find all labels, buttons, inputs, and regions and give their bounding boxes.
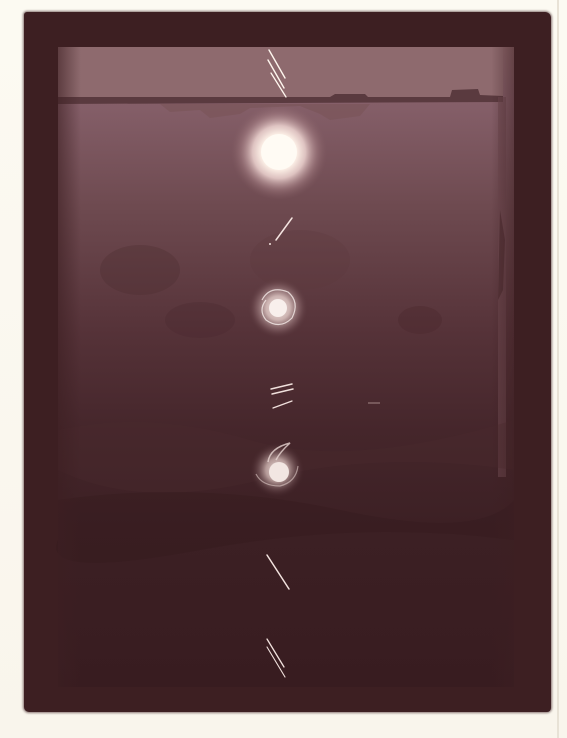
swirling-light-orb-lower: [249, 442, 305, 498]
bright-moon-glow: [231, 104, 327, 200]
swirling-light-orb-upper: [248, 278, 308, 338]
photograph: [0, 0, 567, 738]
